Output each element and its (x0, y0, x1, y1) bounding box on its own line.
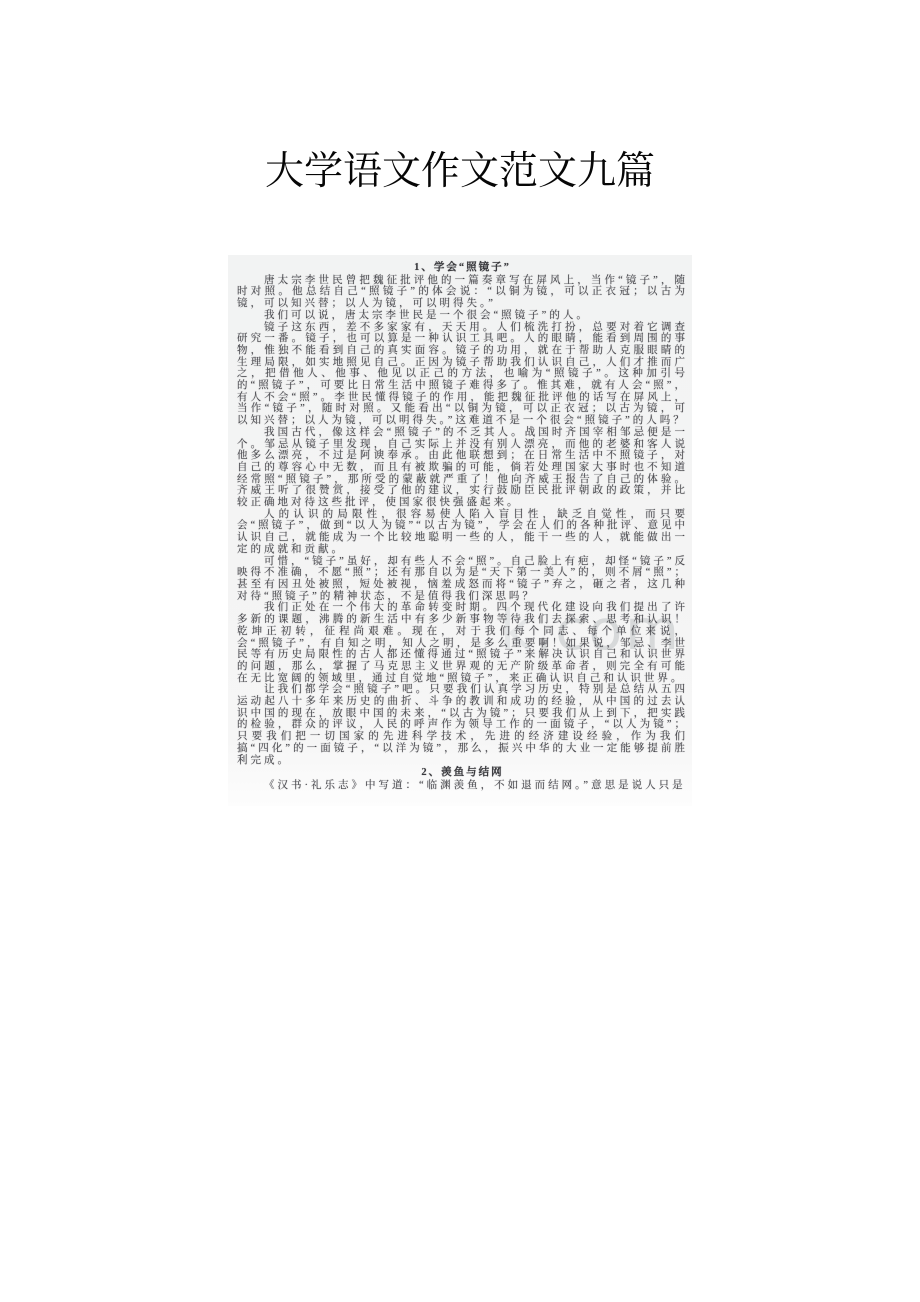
scan-paragraph: 我们可以说，唐太宗李世民是一个很会“照镜子”的人。 (237, 310, 688, 322)
scan-text: 1、学会“照镜子”唐太宗李世民曾把魏征批评他的一篇奏章写在屏风上，当作“镜子”，… (228, 255, 692, 792)
scan-paragraph: 《汉书·礼乐志》中写道：“临渊羡鱼，不如退而结网。”意思是说人只是 (237, 780, 688, 792)
section-heading: 1、学会“照镜子” (237, 262, 688, 274)
scan-paragraph: 我们正处在一个伟大的革命转变时期。四个现代化建设向我们提出了许多新的课题，沸腾的… (237, 602, 688, 684)
scanned-document-image: 1、学会“照镜子”唐太宗李世民曾把魏征批评他的一篇奏章写在屏风上，当作“镜子”，… (228, 255, 692, 806)
page-title: 大学语文作文范文九篇 (0, 140, 920, 196)
scan-paragraph: 让我们都学会“照镜子”吧。只要我们认真学习历史，特别是总结从五四运动起八十多年来… (237, 684, 688, 766)
scan-paragraph: 人的认识的局限性，很容易使人陷入盲目性，缺乏自觉性，而只要会“照镜子”，做到“以… (237, 509, 688, 556)
scan-paragraph: 镜子这东西，差不多家家有，天天用。人们梳洗打扮，总要对着它调查研究一番。镜子，也… (237, 322, 688, 427)
scan-paragraph: 唐太宗李世民曾把魏征批评他的一篇奏章写在屏风上，当作“镜子”，随时对照。他总结自… (237, 275, 688, 310)
scan-paragraph: 我国古代，像这样会“照镜子”的不乏其人。战国时齐国宰相邹忌便是一个。邹忌从镜子里… (237, 427, 688, 509)
section-heading: 2、羡鱼与结网 (237, 767, 688, 779)
scan-paragraph: 可惜，“镜子”虽好，却有些人不会“照”。自己脸上有疤，却怪“镜子”反映得不准确，… (237, 556, 688, 603)
